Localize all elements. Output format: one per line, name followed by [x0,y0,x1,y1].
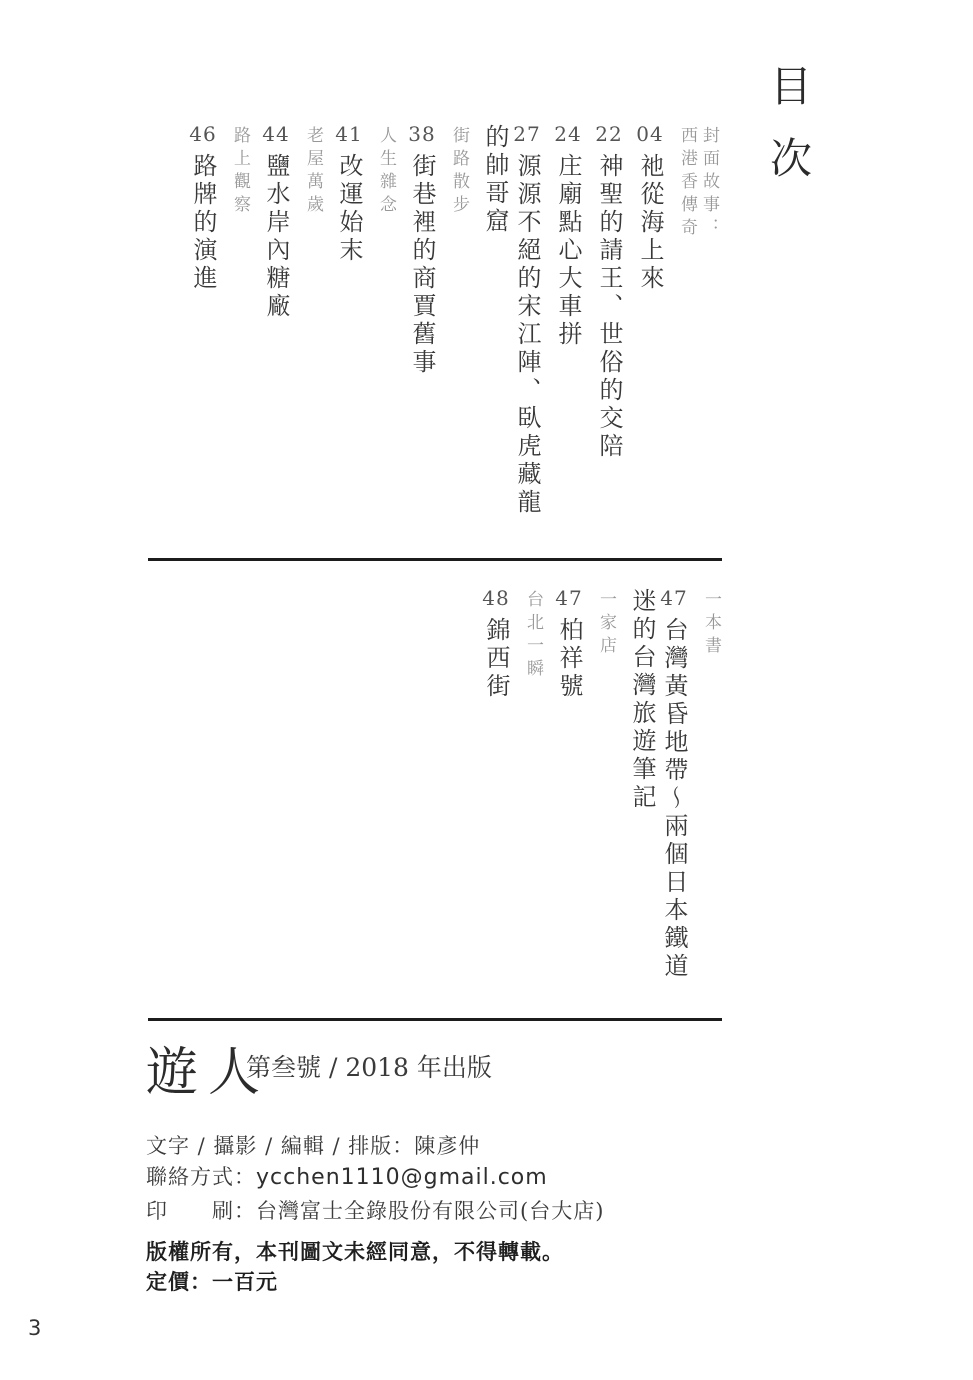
toc-entry: 27源源不絕的宋江陣、臥虎藏龍的帥哥窟 [479,124,543,528]
printer-line: 印 刷：台灣富士全錄股份有限公司(台大店) [146,1195,604,1225]
toc-entry: 44鹽水岸內糖廠 [260,124,292,528]
toc-entry-title: 改運始末 [335,153,363,265]
toc-section-main: 封面故事：西港香傳奇 04祂從海上來 22神聖的請王、世俗的交陪 24庄廟點心大… [178,124,720,528]
toc-entry: 47柏祥號 [553,588,585,992]
toc-page: 目次 封面故事：西港香傳奇 04祂從海上來 22神聖的請王、世俗的交陪 24庄廟… [0,0,973,1380]
toc-section-extras: 一本書 47台灣黃昏地帶～兩個日本鐵道迷的台灣旅遊筆記 一家店 47柏祥號 台北… [471,588,722,992]
contact-label: 聯絡方式： [146,1165,256,1189]
toc-section-label-a-book: 一本書 [700,588,722,992]
divider-line-top [148,558,722,561]
toc-entry-title: 路牌的演進 [189,153,217,293]
toc-entry-page-number: 48 [482,588,509,608]
toc-entry-title: 柏祥號 [555,617,583,701]
toc-section-label-a-shop: 一家店 [595,588,617,992]
toc-entry: 22神聖的請王、世俗的交陪 [593,124,625,528]
toc-entry-page-number: 24 [554,124,581,144]
toc-entry-title: 錦西街 [482,617,510,701]
price-line: 定價：一百元 [146,1266,278,1296]
toc-entry-page-number: 27 [513,124,540,144]
credits-line: 文字 / 攝影 / 編輯 / 排版：陳彥仲 [146,1130,480,1160]
divider-line-bottom [148,1018,722,1021]
toc-entry-page-number: 22 [595,124,622,144]
toc-section-label-old-house: 老屋萬歲 [302,124,324,528]
toc-entry: 47台灣黃昏地帶～兩個日本鐵道迷的台灣旅遊筆記 [626,588,690,992]
toc-entry-title: 台灣黃昏地帶～兩個日本鐵道迷的台灣旅遊筆記 [628,588,688,981]
toc-entry-title: 祂從海上來 [636,153,664,293]
toc-section-label-taipei-moment: 台北一瞬 [522,588,544,992]
toc-entry: 38街巷裡的商賈舊事 [406,124,438,528]
toc-entry-page-number: 46 [189,124,216,144]
page-number: 3 [28,1316,41,1340]
toc-entry-page-number: 44 [262,124,289,144]
toc-entry: 24庄廟點心大車拼 [552,124,584,528]
toc-entry-title: 神聖的請王、世俗的交陪 [595,153,623,461]
toc-entry-page-number: 04 [636,124,663,144]
toc-section-label-street-walk: 街路散步 [448,124,470,528]
toc-entry: 48錦西街 [480,588,512,992]
contact-email: ycchen1110@gmail.com [256,1165,548,1190]
toc-entry-title: 鹽水岸內糖廠 [262,153,290,321]
toc-entry: 46路牌的演進 [187,124,219,528]
toc-section-label-life-thoughts: 人生雜念 [375,124,397,528]
toc-entry-page-number: 47 [660,588,687,608]
toc-entry-title: 街巷裡的商賈舊事 [408,153,436,377]
toc-entry: 04祂從海上來 [634,124,666,528]
toc-section-label-road-observation: 路上觀察 [229,124,251,528]
toc-entry-page-number: 41 [335,124,362,144]
page-title: 目次 [758,64,818,208]
toc-entry-page-number: 38 [408,124,435,144]
toc-entry-page-number: 47 [555,588,582,608]
contact-line: 聯絡方式：ycchen1110@gmail.com [146,1161,548,1191]
issue-info: 第叁號 / 2018 年出版 [246,1048,492,1084]
toc-entry-title: 庄廟點心大車拼 [554,153,582,349]
copyright-notice: 版權所有，本刊圖文未經同意，不得轉載。 [146,1236,564,1266]
toc-section-label-cover-story: 封面故事：西港香傳奇 [676,124,720,244]
toc-entry: 41改運始末 [333,124,365,528]
toc-entry-title: 源源不絕的宋江陣、臥虎藏龍的帥哥窟 [481,124,541,517]
